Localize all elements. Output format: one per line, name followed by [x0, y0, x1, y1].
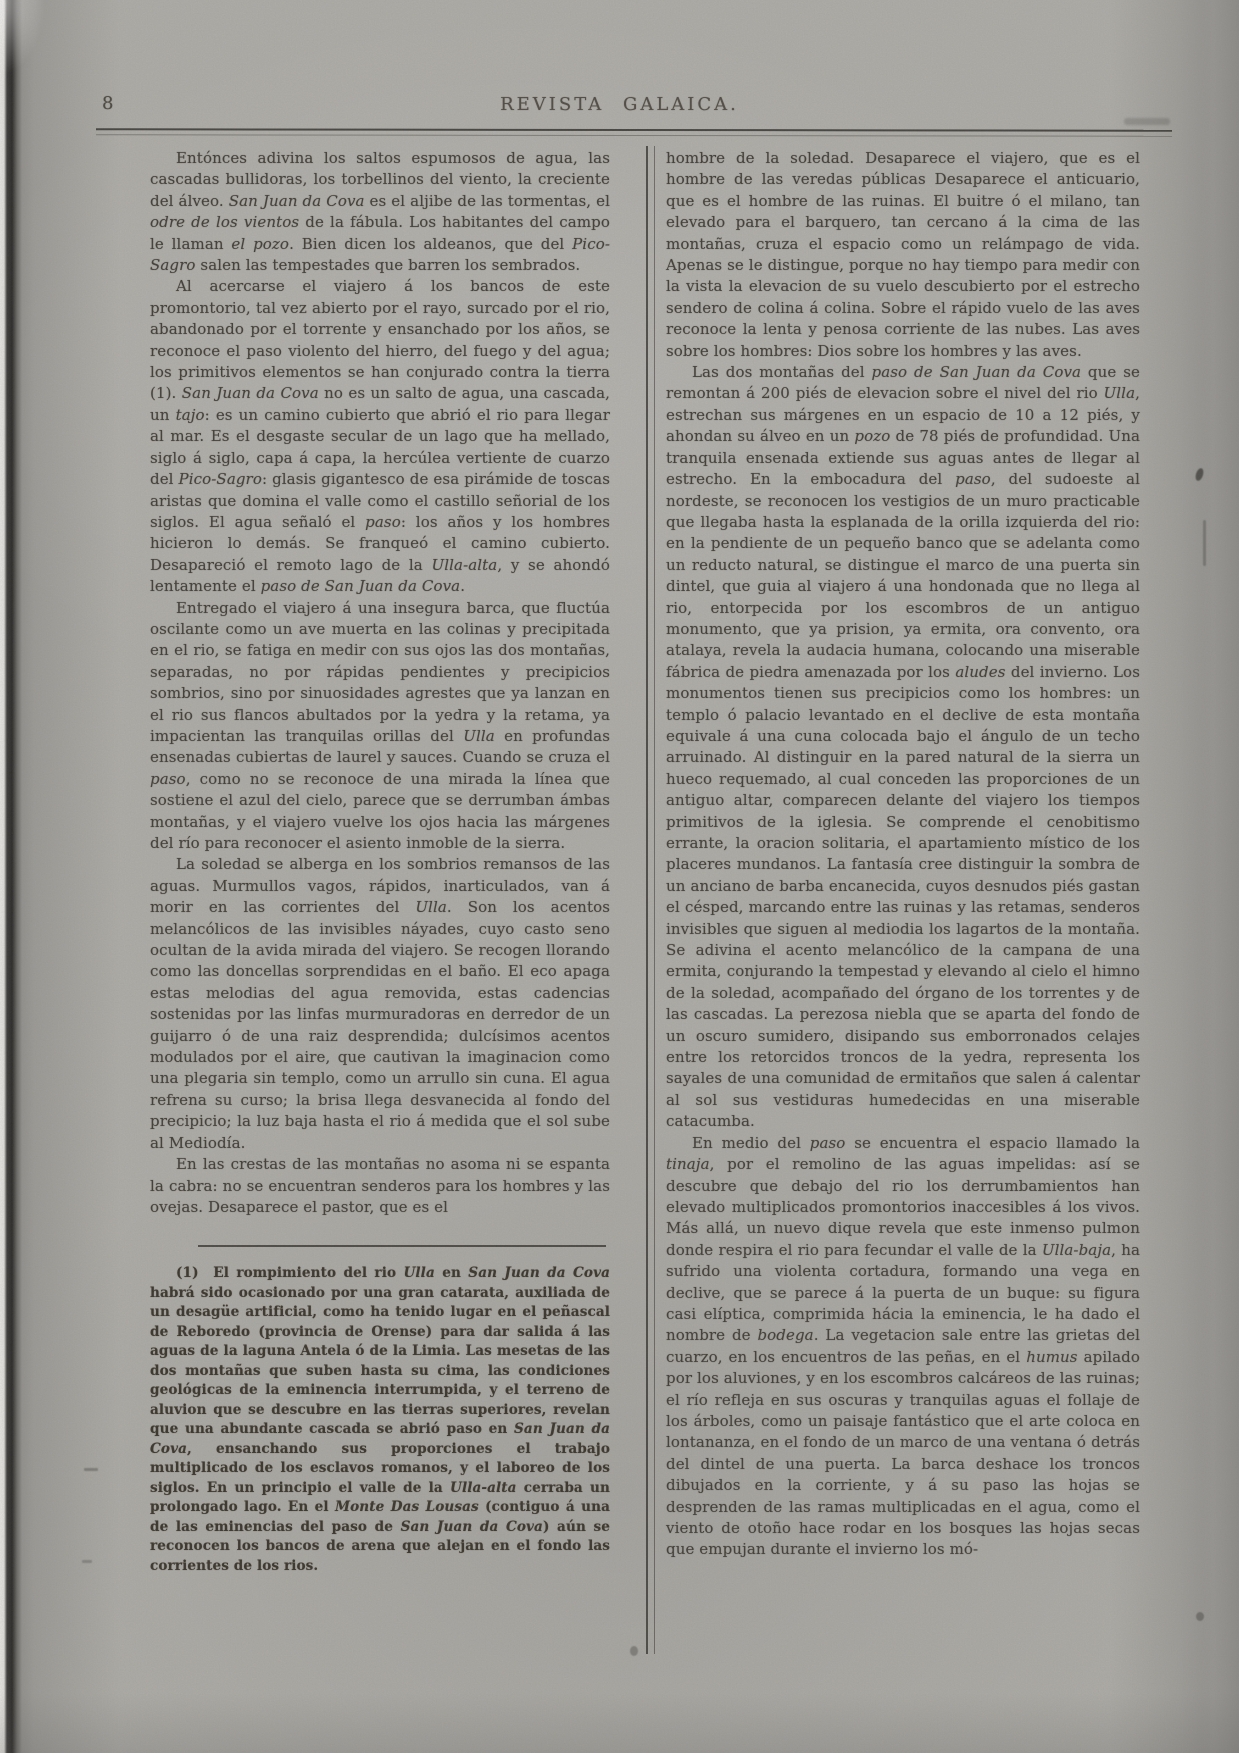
footnote-paragraph: (1) El rompimiento del rio Ulla en San J…	[150, 1264, 610, 1576]
header-rule	[96, 128, 1172, 137]
ink-speck	[1196, 1612, 1204, 1621]
book-binding-edge	[0, 0, 22, 1753]
scanned-page: 8 REVISTA GALAICA. Entónces adivina los …	[0, 0, 1239, 1753]
page-bottom-shade	[0, 1693, 1239, 1753]
journal-title: REVISTA GALAICA.	[0, 94, 1239, 115]
ink-smudge	[1124, 118, 1170, 125]
paragraph: En medio del paso se encuentra el espaci…	[666, 1133, 1140, 1561]
ink-speck	[82, 1560, 92, 1563]
paragraph: Al acercarse el viajero á los bancos de …	[150, 276, 610, 597]
right-column: hombre de la soledad. Desaparece el viaj…	[666, 148, 1140, 1561]
column-divider-rule	[646, 146, 655, 1654]
footnote-separator-rule	[198, 1245, 606, 1247]
paragraph: hombre de la soledad. Desaparece el viaj…	[666, 148, 1140, 362]
footnote: (1) El rompimiento del rio Ulla en San J…	[150, 1264, 610, 1576]
paragraph: Entregado el viajero á una insegura barc…	[150, 598, 610, 855]
paragraph: Entónces adivina los saltos espumosos de…	[150, 148, 610, 276]
paragraph: Las dos montañas del paso de San Juan da…	[666, 362, 1140, 1133]
ink-speck	[1203, 520, 1206, 566]
ink-speck	[630, 1646, 638, 1656]
page-right-edge-shadow	[1179, 0, 1239, 1753]
ink-speck	[84, 1468, 98, 1471]
paragraph: En las crestas de las montañas no asoma …	[150, 1154, 610, 1218]
left-column: Entónces adivina los saltos espumosos de…	[150, 148, 610, 1576]
paragraph: La soledad se alberga en los sombrios re…	[150, 854, 610, 1154]
